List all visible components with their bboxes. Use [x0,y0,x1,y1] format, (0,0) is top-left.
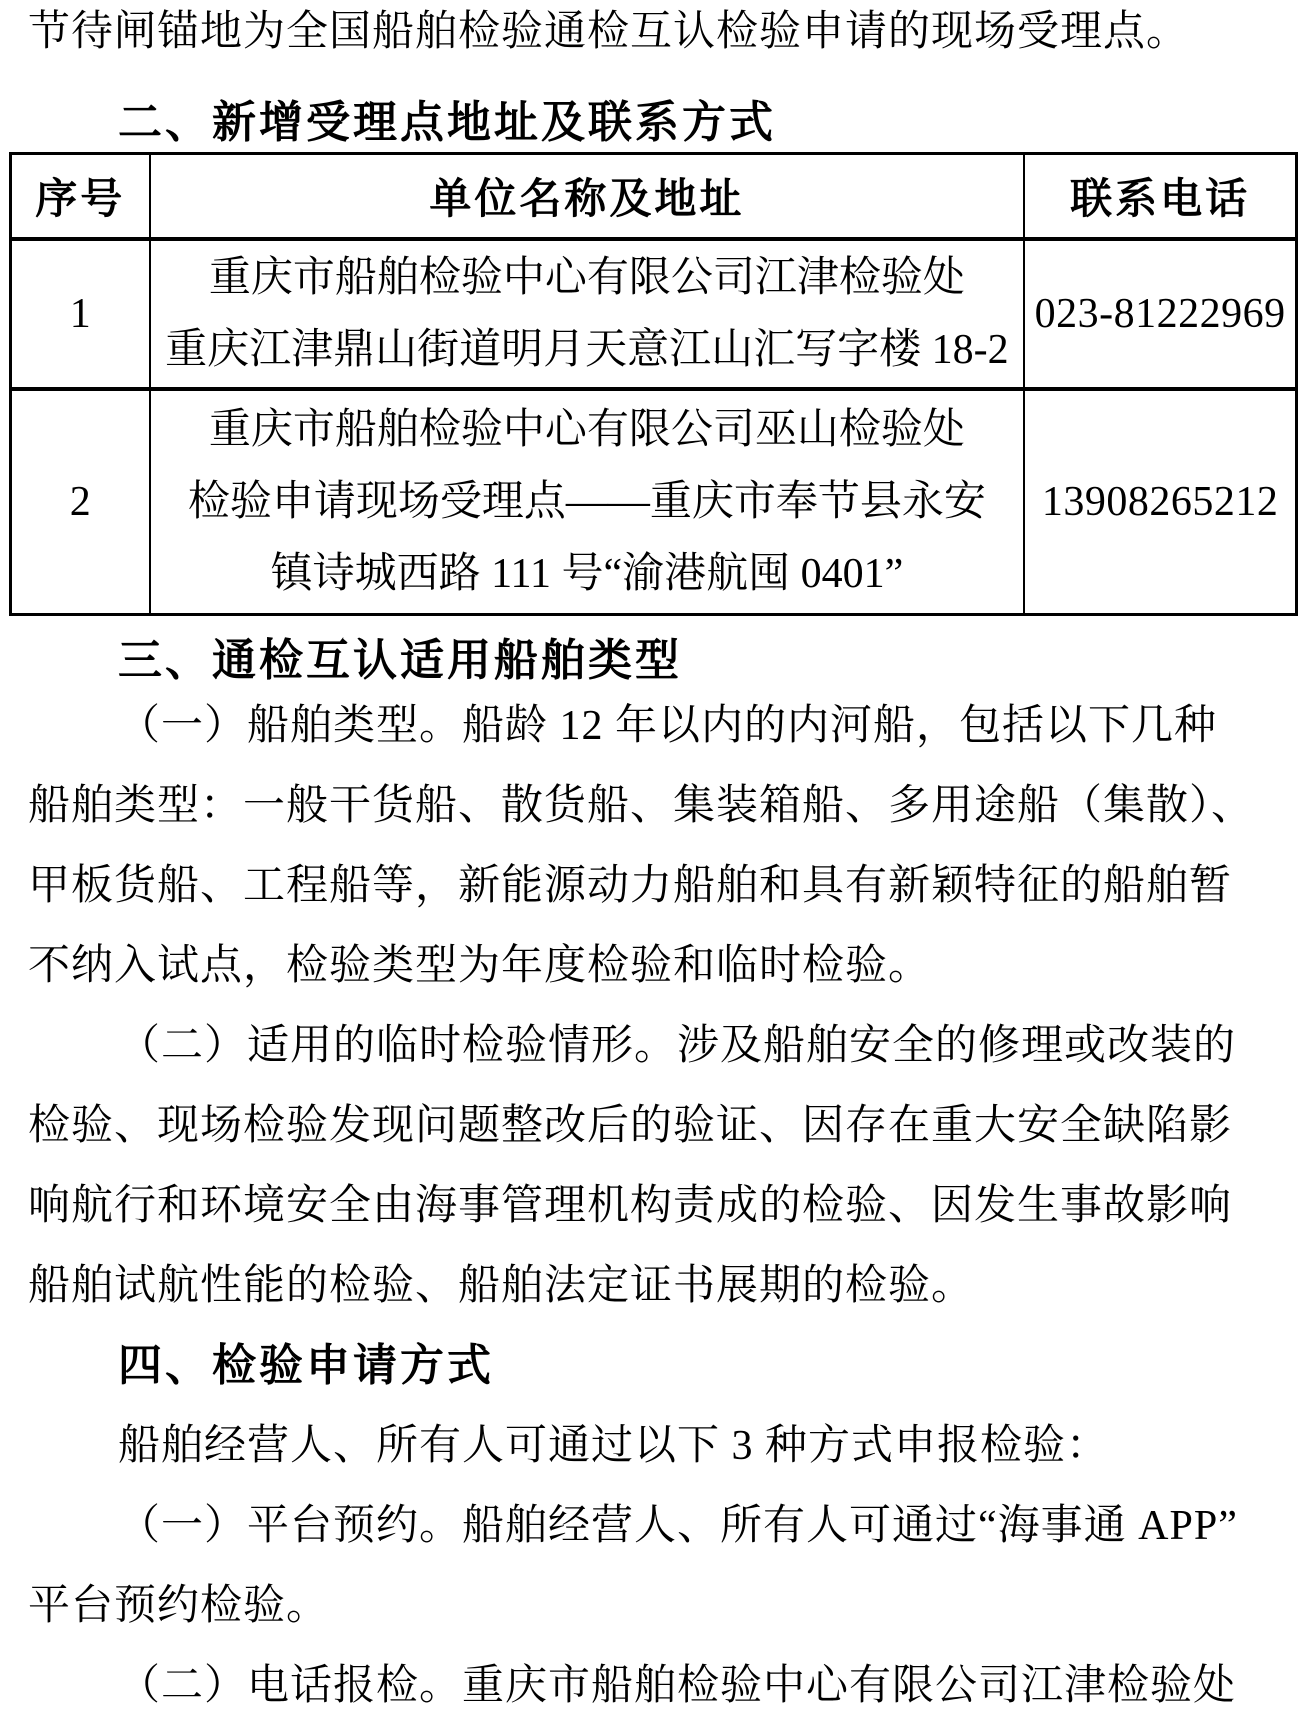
table-row: 2 重庆市船舶检验中心有限公司巫山检验处 检验申请现场受理点——重庆市奉节县永安… [11,389,1297,615]
section-three-heading: 三、通检互认适用船舶类型 [118,624,682,688]
phone-cell: 13908265212 [1024,389,1296,615]
paragraph-line: 船舶经营人、所有人可通过以下 3 种方式申报检验： [28,1406,1283,1486]
body-text-block: （一）船舶类型。船龄 12 年以内的内河船，包括以下几种 船舶类型：一般干货船、… [28,686,1283,1726]
paragraph-line: 平台预约检验。 [28,1566,1283,1646]
paragraph-line: 检验、现场检验发现问题整改后的验证、因存在重大安全缺陷影 [28,1086,1283,1166]
address-cell: 重庆市船舶检验中心有限公司江津检验处 重庆江津鼎山街道明月天意江山汇写字楼 18… [150,239,1025,389]
document-page: 节待闸锚地为全国船舶检验通检互认检验申请的现场受理点。 二、新增受理点地址及联系… [0,0,1305,1731]
paragraph-line: 不纳入试点，检验类型为年度检验和临时检验。 [28,926,1283,1006]
paragraph-line: 响航行和环境安全由海事管理机构责成的检验、因发生事故影响 [28,1166,1283,1246]
address-line: 重庆江津鼎山街道明月天意江山汇写字楼 18-2 [152,314,1023,386]
paragraph-line: 甲板货船、工程船等，新能源动力船舶和具有新颖特征的船舶暂 [28,846,1283,926]
table-header-row: 序号 单位名称及地址 联系电话 [11,154,1297,240]
paragraph-line: （二）电话报检。重庆市船舶检验中心有限公司江津检验处 [28,1646,1283,1726]
paragraph-line: （二）适用的临时检验情形。涉及船舶安全的修理或改装的 [28,1006,1283,1086]
address-line: 检验申请现场受理点——重庆市奉节县永安 [152,466,1023,538]
header-serial: 序号 [11,154,150,240]
section-two-heading: 二、新增受理点地址及联系方式 [118,86,776,150]
address-cell: 重庆市船舶检验中心有限公司巫山检验处 检验申请现场受理点——重庆市奉节县永安 镇… [150,389,1025,615]
header-name-address: 单位名称及地址 [150,154,1025,240]
table-row: 1 重庆市船舶检验中心有限公司江津检验处 重庆江津鼎山街道明月天意江山汇写字楼 … [11,239,1297,389]
serial-cell: 2 [11,389,150,615]
paragraph-line: 船舶类型：一般干货船、散货船、集装箱船、多用途船（集散）、 [28,766,1283,846]
header-phone: 联系电话 [1024,154,1296,240]
address-line: 镇诗城西路 111 号“渝港航囤 0401” [152,538,1023,610]
serial-cell: 1 [11,239,150,389]
section-four-heading: 四、检验申请方式 [28,1326,1283,1406]
address-line: 重庆市船舶检验中心有限公司巫山检验处 [152,394,1023,466]
phone-cell: 023-81222969 [1024,239,1296,389]
paragraph-line: （一）船舶类型。船龄 12 年以内的内河船，包括以下几种 [28,686,1283,766]
address-line: 重庆市船舶检验中心有限公司江津检验处 [152,242,1023,314]
intro-paragraph-line: 节待闸锚地为全国船舶检验通检互认检验申请的现场受理点。 [28,6,1189,58]
paragraph-line: 船舶试航性能的检验、船舶法定证书展期的检验。 [28,1246,1283,1326]
contact-table: 序号 单位名称及地址 联系电话 1 重庆市船舶检验中心有限公司江津检验处 重庆江… [9,152,1298,616]
paragraph-line: （一）平台预约。船舶经营人、所有人可通过“海事通 APP” [28,1486,1283,1566]
